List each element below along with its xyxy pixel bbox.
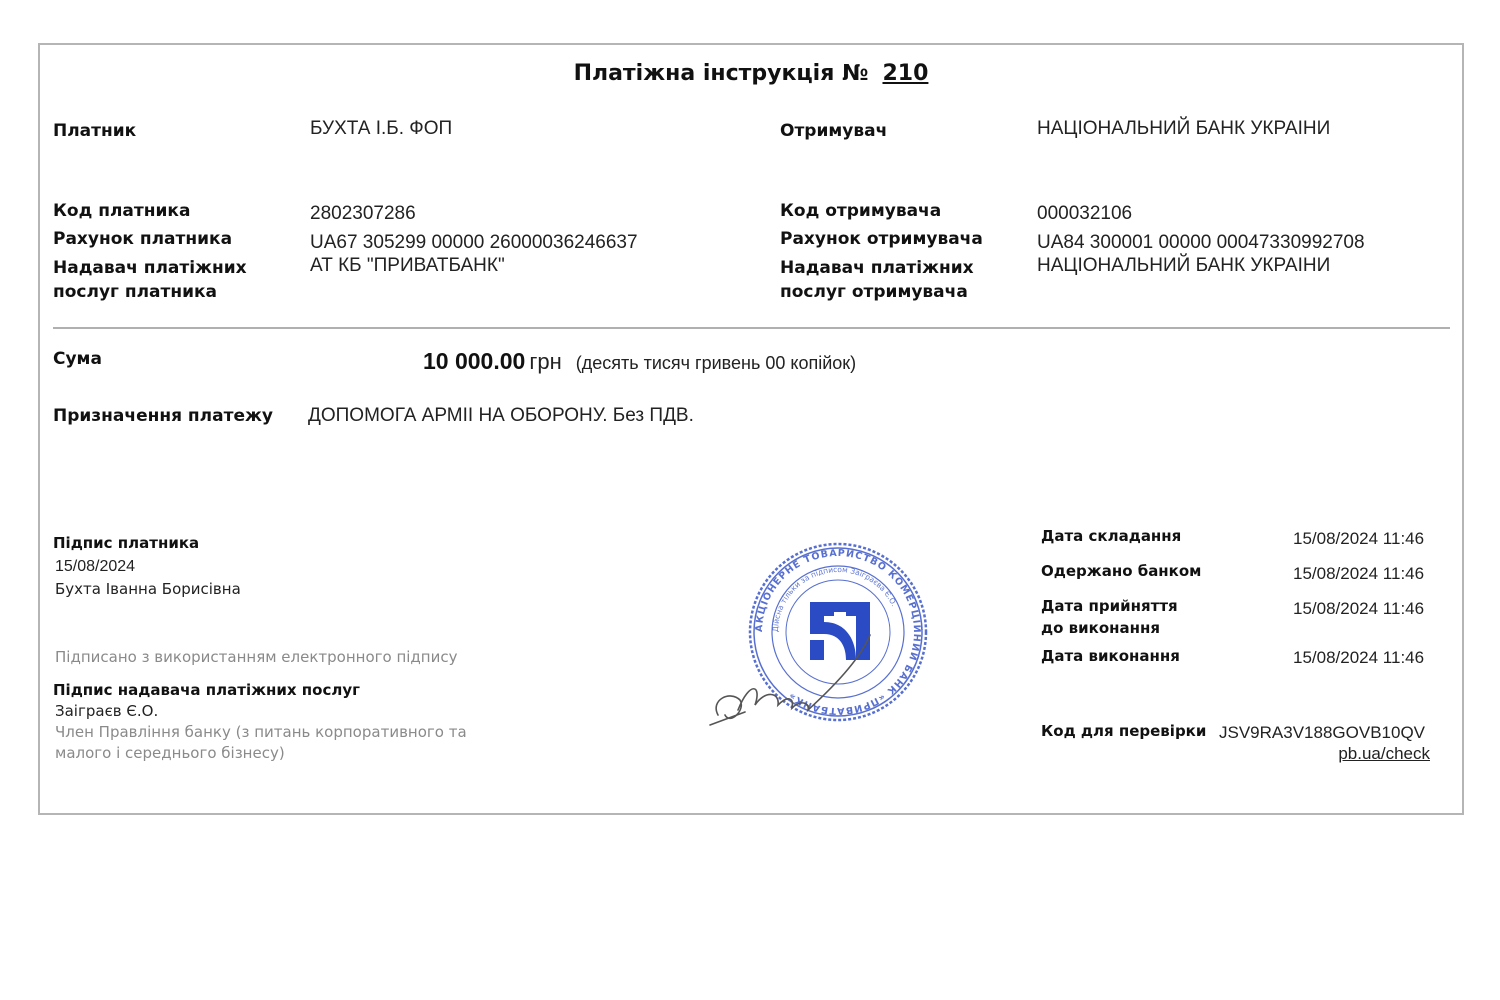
- recipient-code-value: 000032106: [1037, 203, 1132, 225]
- amount-in-words: (десять тисяч гривень 00 копійок): [576, 353, 856, 373]
- provider-signer-name: Заіграєв Є.О.: [55, 702, 158, 720]
- date-accepted-label-2: до виконання: [1041, 619, 1160, 637]
- recipient-account-value: UA84 300001 00000 00047330992708: [1037, 232, 1365, 254]
- amount-value: 10 000.00: [423, 348, 525, 374]
- payer-provider-label-2: послуг платника: [53, 282, 217, 302]
- payer-signature-label: Підпис платника: [53, 534, 199, 552]
- recipient-code-label: Код отримувача: [780, 201, 941, 221]
- section-divider: [53, 327, 1450, 329]
- verification-link[interactable]: pb.ua/check: [1338, 744, 1430, 764]
- date-received-label: Одержано банком: [1041, 562, 1201, 580]
- payer-signature-date: 15/08/2024: [55, 558, 135, 576]
- recipient-provider-label-1: Надавач платіжних: [780, 258, 974, 278]
- payer-value: БУХТА І.Б. ФОП: [310, 118, 452, 140]
- payment-instruction-document: Платіжна інструкція №210 Платник БУХТА І…: [38, 43, 1464, 815]
- amount-label: Сума: [53, 349, 102, 369]
- recipient-provider-value: НАЦІОНАЛЬНИЙ БАНК УКРАІНИ: [1037, 255, 1330, 277]
- verification-code-label: Код для перевірки: [1041, 722, 1206, 740]
- payer-account-value: UA67 305299 00000 26000036246637: [310, 232, 638, 254]
- provider-signer-position-1: Член Правління банку (з питань корпорати…: [55, 723, 467, 741]
- bank-stamp-and-signature: АКЦІОНЕРНЕ ТОВАРИСТВО КОМЕРЦІЙНИЙ БАНК «…: [670, 540, 990, 740]
- amount-currency: грн: [529, 349, 561, 374]
- recipient-label: Отримувач: [780, 121, 887, 141]
- payer-label: Платник: [53, 121, 136, 141]
- verification-code-value: JSV9RA3V188GOVB10QV: [1219, 723, 1425, 743]
- date-executed-label: Дата виконання: [1041, 647, 1180, 665]
- payer-provider-value: АТ КБ "ПРИВАТБАНК": [310, 255, 505, 277]
- date-accepted-label-1: Дата прийняття: [1041, 597, 1178, 615]
- document-title-text: Платіжна інструкція №: [574, 61, 869, 86]
- date-executed-value: 15/08/2024 11:46: [1293, 648, 1424, 668]
- provider-signature-label: Підпис надавача платіжних послуг: [53, 681, 360, 699]
- date-accepted-value: 15/08/2024 11:46: [1293, 599, 1424, 619]
- recipient-account-label: Рахунок отримувача: [780, 229, 983, 249]
- esign-note: Підписано з використанням електронного п…: [55, 648, 458, 666]
- payer-provider-label-1: Надавач платіжних: [53, 258, 247, 278]
- date-created-value: 15/08/2024 11:46: [1293, 529, 1424, 549]
- date-received-value: 15/08/2024 11:46: [1293, 564, 1424, 584]
- provider-signer-position-2: малого і середнього бізнесу): [55, 744, 285, 762]
- payer-signature-name: Бухта Іванна Борисівна: [55, 580, 241, 598]
- document-title: Платіжна інструкція №210: [40, 61, 1462, 86]
- date-created-label: Дата складання: [1041, 527, 1181, 545]
- payer-code-value: 2802307286: [310, 203, 416, 225]
- purpose-value: ДОПОМОГА АРМІІ НА ОБОРОНУ. Без ПДВ.: [308, 405, 694, 427]
- recipient-value: НАЦІОНАЛЬНИЙ БАНК УКРАІНИ: [1037, 118, 1330, 140]
- payer-code-label: Код платника: [53, 201, 190, 221]
- document-number: 210: [882, 61, 928, 86]
- payer-account-label: Рахунок платника: [53, 229, 232, 249]
- recipient-provider-label-2: послуг отримувача: [780, 282, 968, 302]
- bank-stamp-icon: АКЦІОНЕРНЕ ТОВАРИСТВО КОМЕРЦІЙНИЙ БАНК «…: [670, 540, 990, 740]
- purpose-label: Призначення платежу: [53, 406, 273, 426]
- amount: 10 000.00грн(десять тисяч гривень 00 коп…: [423, 348, 856, 375]
